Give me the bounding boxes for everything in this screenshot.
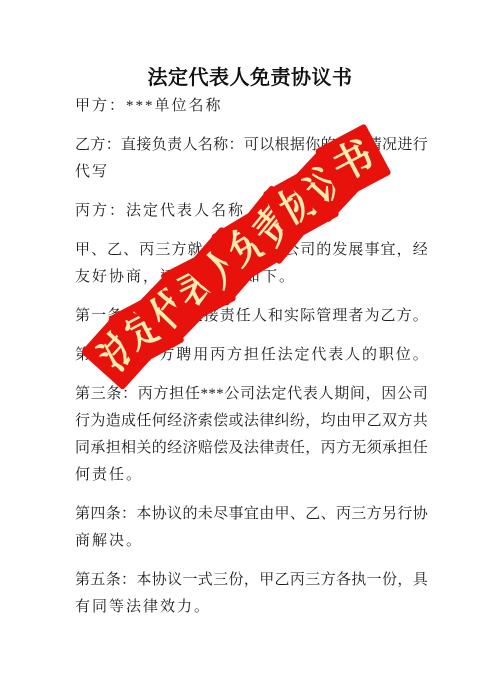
document-line: 代写 xyxy=(75,159,428,186)
document-line: 第二条：甲方聘用丙方担任法定代表人的职位。 xyxy=(75,342,428,369)
paragraph-clause-3: 第三条：丙方担任***公司法定代表人期间，因公司 行为造成任何经济索偿或法律纠纷… xyxy=(75,381,428,489)
document-line: 第三条：丙方担任***公司法定代表人期间，因公司 xyxy=(75,381,428,408)
paragraph-clause-2: 第二条：甲方聘用丙方担任法定代表人的职位。 xyxy=(75,342,428,369)
paragraph-preamble: 甲、乙、丙三方就共同发展**公司的发展事宜，经 友好协商，订立本协议如下。 xyxy=(75,237,428,291)
paragraph-party-a: 甲方：***单位名称 xyxy=(75,93,428,120)
document-line: 甲、乙、丙三方就共同发展**公司的发展事宜，经 xyxy=(75,237,428,264)
paragraph-party-b: 乙方：直接负责人名称：可以根据你的实际情况进行 代写 xyxy=(75,132,428,186)
paragraph-party-c: 丙方：法定代表人名称 xyxy=(75,198,428,225)
document-line: 第五条：本协议一式三份，甲乙丙三方各执一份，具 xyxy=(75,567,428,594)
document-line: 有同等法律效力。 xyxy=(75,594,428,621)
document-title: 法定代表人免责协议书 xyxy=(0,61,500,90)
document-line: 友好协商，订立本协议如下。 xyxy=(75,264,428,291)
document-line: 行为造成任何经济索偿或法律纠纷，均由甲乙双方共 xyxy=(75,408,428,435)
document-line: 商解决。 xyxy=(75,528,428,555)
document-line: 第四条：本协议的未尽事宜由甲、乙、丙三方另行协 xyxy=(75,501,428,528)
document-page: 法定代表人免责协议书 甲方：***单位名称 乙方：直接负责人名称：可以根据你的实… xyxy=(0,0,500,694)
document-line: 第一条：公司的直接责任人和实际管理者为乙方。 xyxy=(75,303,428,330)
paragraph-clause-4: 第四条：本协议的未尽事宜由甲、乙、丙三方另行协 商解决。 xyxy=(75,501,428,555)
document-line: 甲方：***单位名称 xyxy=(75,93,428,120)
document-body: 甲方：***单位名称 乙方：直接负责人名称：可以根据你的实际情况进行 代写 丙方… xyxy=(75,93,428,633)
paragraph-clause-1: 第一条：公司的直接责任人和实际管理者为乙方。 xyxy=(75,303,428,330)
document-line: 乙方：直接负责人名称：可以根据你的实际情况进行 xyxy=(75,132,428,159)
document-line: 同承担相关的经济赔偿及法律责任，丙方无须承担任 xyxy=(75,435,428,462)
document-line: 丙方：法定代表人名称 xyxy=(75,198,428,225)
document-line: 何责任。 xyxy=(75,462,428,489)
paragraph-clause-5: 第五条：本协议一式三份，甲乙丙三方各执一份，具 有同等法律效力。 xyxy=(75,567,428,621)
